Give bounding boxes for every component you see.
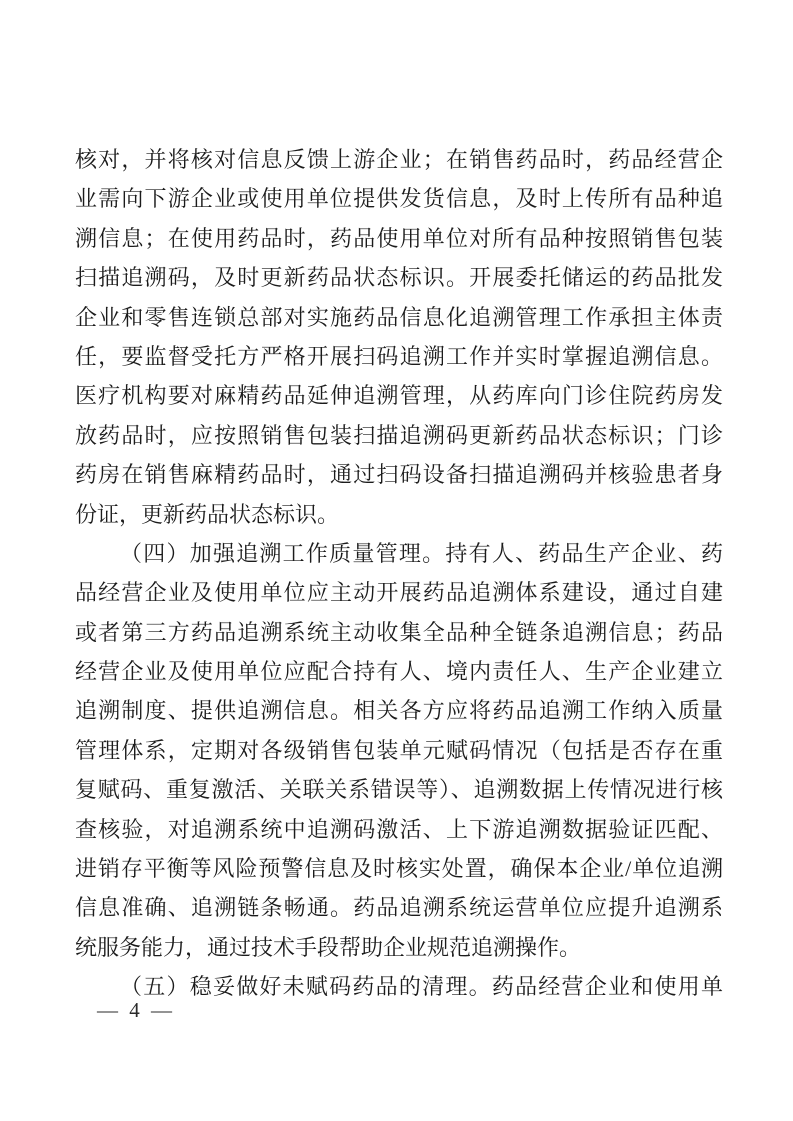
text-line: 品经营企业及使用单位应主动开展药品追溯体系建设，通过自建: [75, 573, 723, 612]
text-line: 份证，更新药品状态标识。: [75, 495, 723, 534]
text-line: 统服务能力，通过技术手段帮助企业规范追溯操作。: [75, 928, 723, 967]
text-line: 业需向下游企业或使用单位提供发货信息，及时上传所有品种追: [75, 179, 723, 218]
text-line: 医疗机构要对麻精药品延伸追溯管理，从药库向门诊住院药房发: [75, 376, 723, 415]
text-line: 药房在销售麻精药品时，通过扫码设备扫描追溯码并核验患者身: [75, 455, 723, 494]
text-line: 核对，并将核对信息反馈上游企业；在销售药品时，药品经营企: [75, 140, 723, 179]
text-line: 放药品时，应按照销售包装扫描追溯码更新药品状态标识；门诊: [75, 416, 723, 455]
text-line: 任，要监督受托方严格开展扫码追溯工作并实时掌握追溯信息。: [75, 337, 723, 376]
page-number: — 4 —: [97, 998, 175, 1023]
text-line: 扫描追溯码，及时更新药品状态标识。开展委托储运的药品批发: [75, 258, 723, 297]
text-line-paragraph-4-start: （四）加强追溯工作质量管理。持有人、药品生产企业、药: [75, 534, 723, 573]
document-text-block: 核对，并将核对信息反馈上游企业；在销售药品时，药品经营企 业需向下游企业或使用单…: [75, 140, 723, 1007]
text-line: 追溯制度、提供追溯信息。相关各方应将药品追溯工作纳入质量: [75, 691, 723, 730]
text-line: 信息准确、追溯链条畅通。药品追溯系统运营单位应提升追溯系: [75, 888, 723, 927]
text-line: 复赋码、重复激活、关联关系错误等）、追溯数据上传情况进行核: [75, 770, 723, 809]
text-line: 进销存平衡等风险预警信息及时核实处置，确保本企业/单位追溯: [75, 849, 723, 888]
text-line: 查核验，对追溯系统中追溯码激活、上下游追溯数据验证匹配、: [75, 810, 723, 849]
document-page: 核对，并将核对信息反馈上游企业；在销售药品时，药品经营企 业需向下游企业或使用单…: [0, 0, 793, 1121]
text-line: 企业和零售连锁总部对实施药品信息化追溯管理工作承担主体责: [75, 298, 723, 337]
text-line: 经营企业及使用单位应配合持有人、境内责任人、生产企业建立: [75, 652, 723, 691]
text-line: 或者第三方药品追溯系统主动收集全品种全链条追溯信息；药品: [75, 613, 723, 652]
text-line: 管理体系，定期对各级销售包装单元赋码情况（包括是否存在重: [75, 731, 723, 770]
text-line: 溯信息；在使用药品时，药品使用单位对所有品种按照销售包装: [75, 219, 723, 258]
